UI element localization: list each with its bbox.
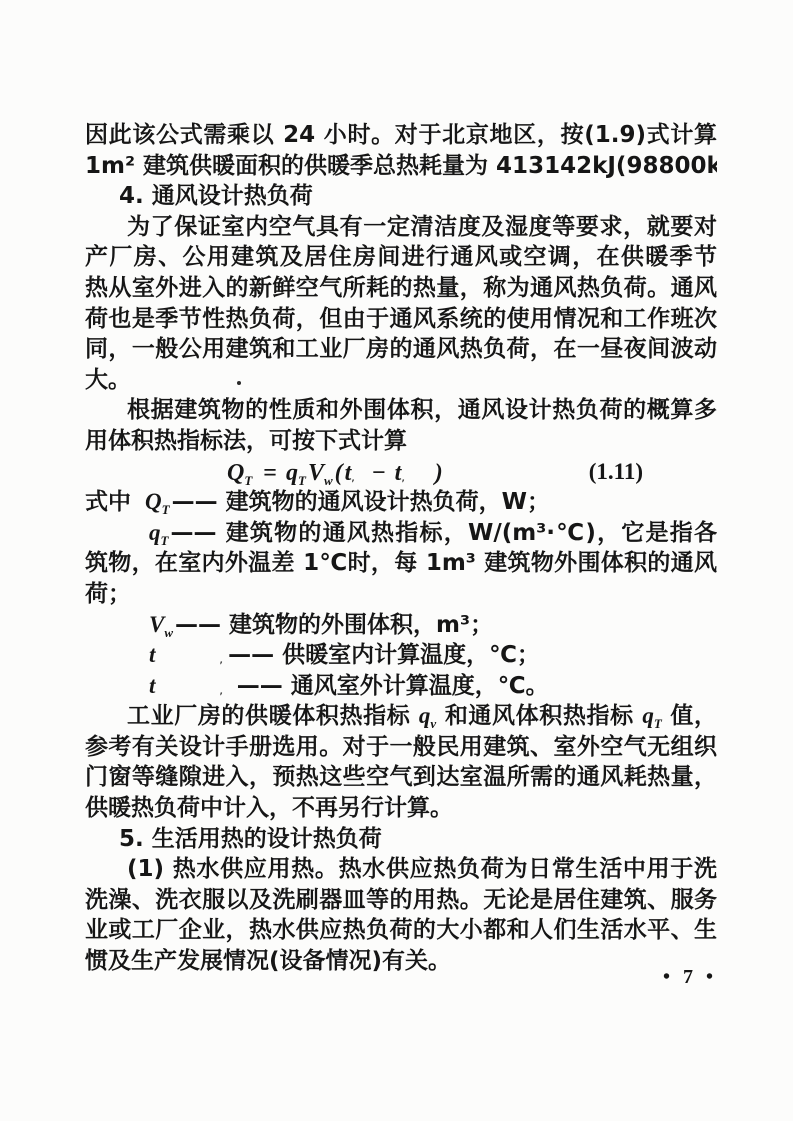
formula-var-twT: t′wT — [395, 460, 417, 486]
where-def-twT: t′wT—— 通风室外计算温度，℃。 — [85, 671, 717, 702]
text-line: (1) 热水供应用热。热水供应热负荷为日常生活中用于洗脸、 — [85, 854, 717, 885]
var-twT: t′wT — [149, 673, 235, 698]
close-paren: ) — [435, 460, 443, 486]
var-tn: t′n — [149, 642, 226, 667]
text-line: 筑物，在室内外温差 1℃时，每 1m³ 建筑物外围体积的通风热负 — [85, 548, 717, 579]
text-line: 同，一般公用建筑和工业厂房的通风热负荷，在一昼夜间波动也较 — [85, 334, 717, 365]
where-def-tn: t′n—— 供暖室内计算温度，℃； — [85, 640, 717, 671]
text-line: 大。 — [85, 365, 717, 396]
var-qT: qT — [149, 520, 168, 545]
formula-var-Vw: Vw — [308, 460, 333, 486]
formula-line: QT=qTVw(t′n−t′wT) (1.11) — [85, 457, 717, 488]
text-line: 荷也是季节性热负荷，但由于通风系统的使用情况和工作班次不 — [85, 304, 717, 335]
page-body: 因此该公式需乘以 24 小时。对于北京地区，按(1.9)式计算出的每 1m² 建… — [85, 120, 717, 977]
var-QT: QT — [145, 489, 170, 514]
var-Vw: Vw — [149, 612, 173, 637]
where-label: 式中 — [85, 489, 131, 515]
equals-sign: = — [263, 460, 277, 486]
text-line: 用体积热指标法，可按下式计算 — [85, 426, 717, 457]
text-line: 根据建筑物的性质和外围体积，通风设计热负荷的概算多采 — [85, 395, 717, 426]
text-line: 1m² 建筑供暖面积的供暖季总热耗量为 413142kJ(98800kcal)。 — [85, 151, 717, 182]
text-line: 供暖热负荷中计入，不再另行计算。 — [85, 793, 717, 824]
page-number: • 7 • — [85, 966, 767, 989]
where-def-qT: qT—— 建筑物的通风热指标，W/(m³·℃)，它是指各类建 — [85, 518, 717, 549]
where-def-QT: 式中QT—— 建筑物的通风设计热负荷，W； — [85, 487, 717, 518]
formula-var-qT: qT — [286, 460, 306, 486]
minus-sign: − — [372, 460, 386, 486]
text-line: 洗澡、洗衣服以及洗刷器皿等的用热。无论是居住建筑、服务性行 — [85, 885, 717, 916]
text-line: 业或工厂企业，热水供应热负荷的大小都和人们生活水平、生活习 — [85, 915, 717, 946]
text-line: 工业厂房的供暖体积热指标 qv 和通风体积热指标 qT 值，可 — [85, 701, 717, 732]
var-qT-inline: qT — [642, 703, 661, 728]
text-line: 参考有关设计手册选用。对于一般民用建筑、室外空气无组织地从 — [85, 732, 717, 763]
open-paren: ( — [335, 460, 343, 486]
formula-var-QT: QT — [227, 460, 252, 486]
text-line: 因此该公式需乘以 24 小时。对于北京地区，按(1.9)式计算出的每 — [85, 120, 717, 151]
where-def-Vw: Vw—— 建筑物的外围体积，m³； — [85, 610, 717, 641]
text-line: 为了保证室内空气具有一定清洁度及湿度等要求，就要对生 — [85, 212, 717, 243]
var-qv: qv — [419, 703, 436, 728]
section-heading-5: 5. 生活用热的设计热负荷 — [85, 824, 717, 855]
text-line: 荷； — [85, 579, 717, 610]
text-line: 热从室外进入的新鲜空气所耗的热量，称为通风热负荷。通风热负 — [85, 273, 717, 304]
formula-var-tn: t′n — [345, 460, 358, 486]
scan-artifact-dot — [237, 381, 241, 385]
text-line: 门窗等缝隙进入，预热这些空气到达室温所需的通风耗热量，已在 — [85, 762, 717, 793]
equation-number: (1.11) — [589, 457, 643, 488]
text-line: 产厂房、公用建筑及居住房间进行通风或空调，在供暖季节中，加 — [85, 242, 717, 273]
section-heading-4: 4. 通风设计热负荷 — [85, 181, 717, 212]
